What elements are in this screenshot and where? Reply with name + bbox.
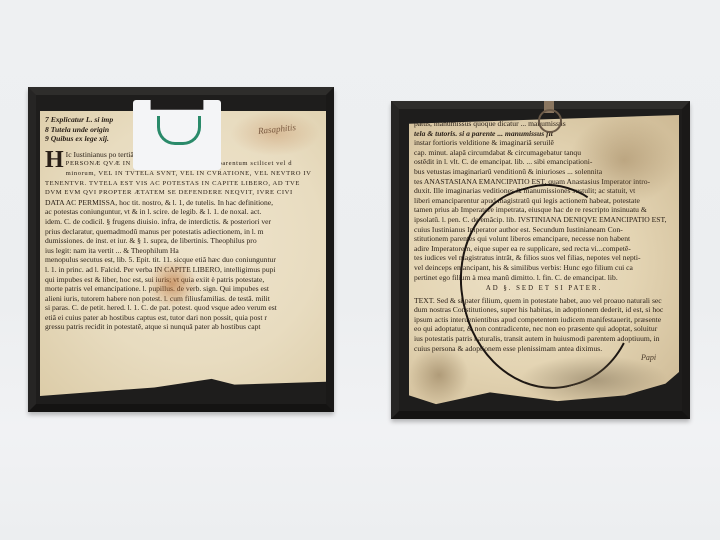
text-line: ac potestas coniunguntur, vt & in l. sci… <box>45 207 321 217</box>
text-line: bus vetustas imaginariarũ venditionũ & i… <box>414 167 674 177</box>
text-line: cap. minut. alapã circumdabat & circumag… <box>414 148 674 158</box>
text-line: qui impubes est & liber, hoc est, sui iu… <box>45 275 321 285</box>
text-line: menopulus secutus est, lib. 5. Epit. tit… <box>45 255 321 265</box>
text-line: duxit. Ille imaginarias veditiones & man… <box>414 186 674 196</box>
text-line: liberi emanciparentur apud magistratũ qu… <box>414 196 674 206</box>
text-line: ipsolatũ. l. pen. C. de emãcip. lib. IVS… <box>414 215 674 225</box>
text-line: cuius persona & adoptionem esse plenissi… <box>414 344 674 354</box>
text-line: DVM EVM QVI PROPTER ÆTATEM SE DEFENDERE … <box>45 188 321 198</box>
text-line: alieni iuris, tutorem habere non potest.… <box>45 294 321 304</box>
text-line: stitutionem parentes qui volunt liberos … <box>414 234 674 244</box>
text-line: prius declaratur, quemadmodũ manus per p… <box>45 227 321 237</box>
text-line: adire Imperatorem, eique super ea re sup… <box>414 244 674 254</box>
text-line: tamen prius ab Imperatore impetrata, eiu… <box>414 205 674 215</box>
text-line: eo qui adoptatur, & non contradicente, n… <box>414 324 674 334</box>
text-line: ipsum actis interuenientibus apud compet… <box>414 315 674 325</box>
text-line: cuius Iustinianus Imperator author est. … <box>414 225 674 235</box>
text-line: l. 1. in princ. ad l. Falcid. Per verba … <box>45 265 321 275</box>
text-line: dumissiones. de inst. et iur. & § 1. sup… <box>45 236 321 246</box>
text-line: TEXT. Sed & si pater filium, quem in pot… <box>414 296 674 306</box>
right-frame: patus, manumissus quoque dicatur ... man… <box>391 101 690 419</box>
text-line: tes ANASTASIANA EMANCIPATIO EST, quam An… <box>414 177 674 187</box>
left-frame: 7 Explicatur L. si imp 8 Tutela unde ori… <box>28 87 334 412</box>
text-line: ostẽdit in l. vlt. C. de emancipat. lib.… <box>414 157 674 167</box>
text-line: etiã ei cuius pater ab hostibus captus e… <box>45 313 321 323</box>
ring-hanger-icon <box>538 109 562 133</box>
text-line: idem. C. de codicil. § frugens diuisio. … <box>45 217 321 227</box>
section-heading: AD §. SED ET SI PATER. <box>414 284 674 294</box>
handwritten-margin-note: Papi <box>641 353 656 363</box>
text-line: si paras. C. de petit. hered. l. 1. C. d… <box>45 303 321 313</box>
right-printed-page: patus, manumissus quoque dicatur ... man… <box>409 115 679 407</box>
text-line: dum nostras Constitutiones, super his ha… <box>414 305 674 315</box>
water-stain <box>409 345 469 405</box>
text-line: tes iudices vel magistratus intrãt, & fi… <box>414 253 674 263</box>
wire-hanger-icon <box>157 116 201 145</box>
text-line: instar fortioris velditione & imaginariã… <box>414 138 674 148</box>
drop-cap-h: H <box>45 150 64 170</box>
text-line: minorum, VEL IN TVTELA SVNT, VEL IN CVRA… <box>66 169 321 179</box>
text-line: vel deinceps emancipant, his & similibus… <box>414 263 674 273</box>
text-line: ius potestatis patris naturalis, transit… <box>414 334 674 344</box>
text-line: morte patris vel emancipatione. l. pupil… <box>45 284 321 294</box>
text-line: pertinet ego filium à mea manũ dimitto. … <box>414 273 674 283</box>
text-line: gressu patris recidit in potestatẽ, atqu… <box>45 322 321 332</box>
text-line: TENENTVR. TVTELA EST VIS AC POTESTAS IN … <box>45 179 321 189</box>
text-line: ius legit: nam ita vertit ... & Theophil… <box>45 246 321 256</box>
text-line: DATA AC PERMISSA, hoc tit. nostro, & l. … <box>45 198 321 208</box>
